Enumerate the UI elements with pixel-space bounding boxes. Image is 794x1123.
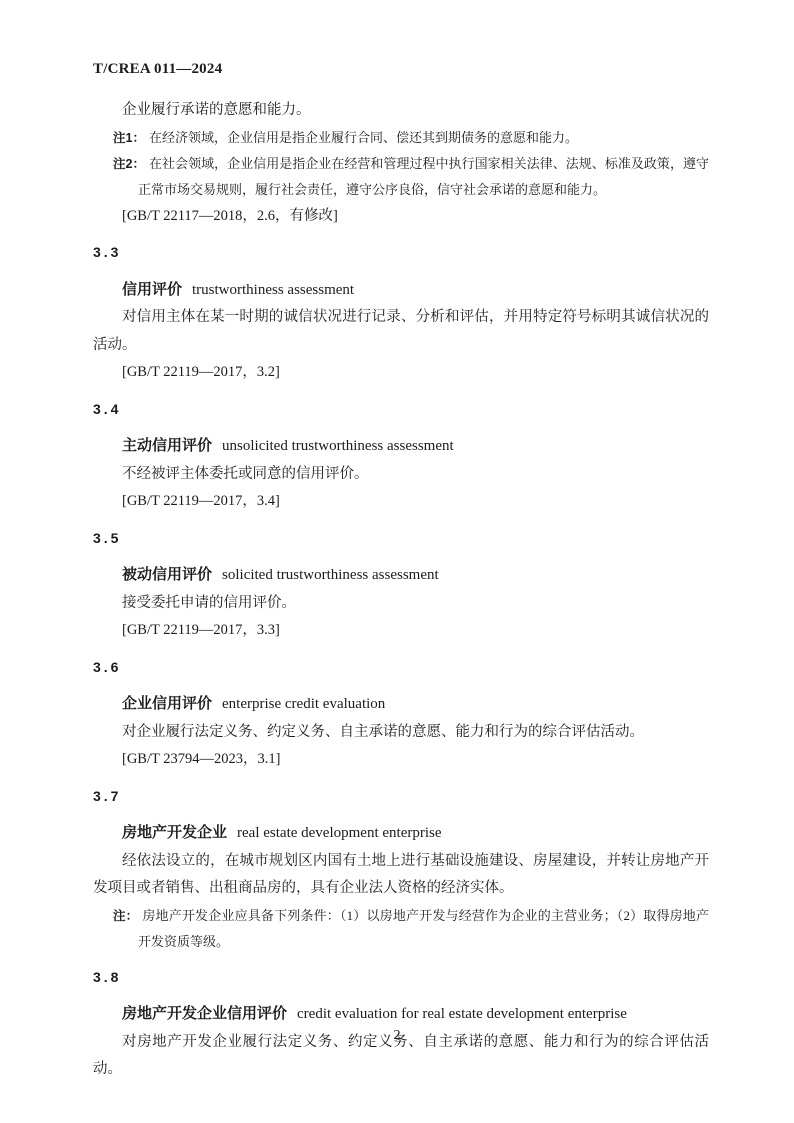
- section-number-3-4: 3.4: [93, 396, 709, 424]
- term-english: unsolicited trustworthiness assessment: [222, 438, 454, 454]
- source-reference: [GB/T 22119—2017，3.3]: [93, 617, 709, 645]
- term-chinese: 房地产开发企业: [122, 824, 227, 841]
- note-label: 注：: [113, 909, 138, 923]
- term-english: enterprise credit evaluation: [222, 696, 385, 712]
- note-2: 注2：在社会领域，企业信用是指企业在经营和管理过程中执行国家相关法律、法规、标准…: [93, 151, 709, 203]
- term-chinese: 主动信用评价: [122, 437, 212, 454]
- section-number-3-7: 3.7: [93, 783, 709, 811]
- page-content: 企业履行承诺的意愿和能力。 注1：在经济领域，企业信用是指企业履行合同、偿还其到…: [93, 97, 709, 1084]
- note-2-label: 注2：: [113, 157, 145, 171]
- term-english: trustworthiness assessment: [192, 282, 354, 298]
- section-number-3-5: 3.5: [93, 525, 709, 553]
- term-english: real estate development enterprise: [237, 825, 442, 841]
- note-3-7: 注：房地产开发企业应具备下列条件：（1）以房地产开发与经营作为企业的主营业务；（…: [93, 903, 709, 955]
- term-chinese: 房地产开发企业信用评价: [122, 1005, 287, 1022]
- term-heading-3-3: 信用评价trustworthiness assessment: [122, 276, 709, 305]
- source-reference: [GB/T 23794—2023，3.1]: [93, 746, 709, 774]
- document-page: T/CREA 011—2024 企业履行承诺的意愿和能力。 注1：在经济领域，企…: [0, 0, 794, 1123]
- source-reference: [GB/T 22119—2017，3.4]: [93, 488, 709, 516]
- term-chinese: 被动信用评价: [122, 566, 212, 583]
- note-2-text: 在社会领域，企业信用是指企业在经营和管理过程中执行国家相关法律、法规、标准及政策…: [138, 156, 709, 197]
- term-definition-3-6: 对企业履行法定义务、约定义务、自主承诺的意愿、能力和行为的综合评估活动。: [93, 719, 709, 747]
- term-english: solicited trustworthiness assessment: [222, 567, 439, 583]
- note-text: 房地产开发企业应具备下列条件：（1）以房地产开发与经营作为企业的主营业务；（2）…: [138, 908, 709, 949]
- source-reference: [GB/T 22117—2018，2.6，有修改]: [93, 203, 709, 231]
- note-1-text: 在经济领域，企业信用是指企业履行合同、偿还其到期债务的意愿和能力。: [149, 130, 578, 145]
- term-chinese: 信用评价: [122, 281, 182, 298]
- term-english: credit evaluation for real estate develo…: [297, 1006, 627, 1022]
- term-heading-3-7: 房地产开发企业real estate development enterpris…: [122, 819, 709, 848]
- term-definition-3-3: 对信用主体在某一时期的诚信状况进行记录、分析和评估，并用特定符号标明其诚信状况的…: [93, 304, 709, 359]
- section-number-3-6: 3.6: [93, 654, 709, 682]
- term-heading-3-8: 房地产开发企业信用评价credit evaluation for real es…: [122, 1000, 709, 1029]
- section-number-3-3: 3.3: [93, 239, 709, 267]
- term-heading-3-6: 企业信用评价enterprise credit evaluation: [122, 690, 709, 719]
- term-heading-3-4: 主动信用评价unsolicited trustworthiness assess…: [122, 432, 709, 461]
- term-definition-3-7: 经依法设立的，在城市规划区内国有土地上进行基础设施建设、房屋建设，并转让房地产开…: [93, 848, 709, 903]
- term-definition-3-5: 接受委托申请的信用评价。: [93, 590, 709, 618]
- source-reference: [GB/T 22119—2017，3.2]: [93, 359, 709, 387]
- term-chinese: 企业信用评价: [122, 695, 212, 712]
- running-header-document-code: T/CREA 011—2024: [93, 61, 222, 78]
- section-number-3-8: 3.8: [93, 964, 709, 992]
- note-1: 注1：在经济领域，企业信用是指企业履行合同、偿还其到期债务的意愿和能力。: [93, 125, 709, 151]
- page-number: 2: [0, 1028, 794, 1044]
- continued-definition-paragraph: 企业履行承诺的意愿和能力。: [93, 97, 709, 125]
- term-heading-3-5: 被动信用评价solicited trustworthiness assessme…: [122, 561, 709, 590]
- term-definition-3-4: 不经被评主体委托或同意的信用评价。: [93, 461, 709, 489]
- note-1-label: 注1：: [113, 131, 145, 145]
